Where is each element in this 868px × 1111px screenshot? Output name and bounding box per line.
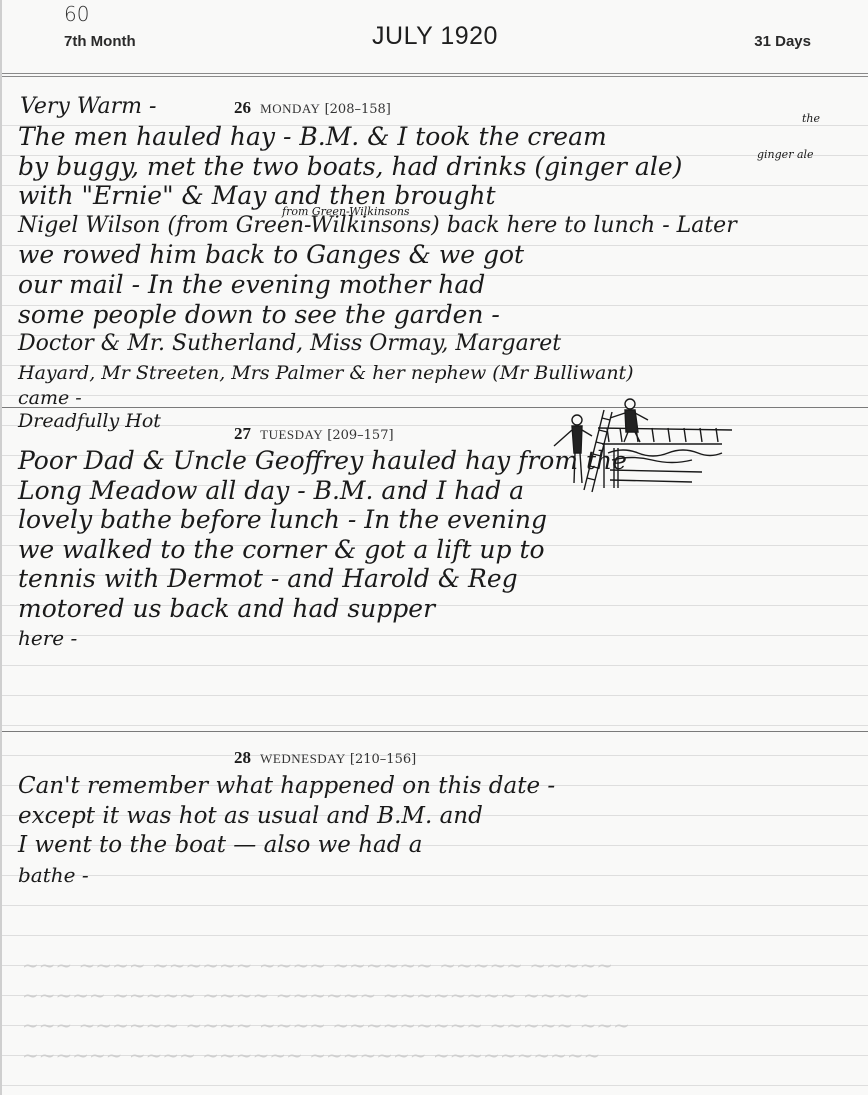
text-line: I went to the boat — also we had a [18, 831, 854, 861]
text-line: Long Meadow all day - B.M. and I had a [18, 476, 854, 506]
text-line: Doctor & Mr. Sutherland, Miss Ormay, Mar… [18, 329, 854, 359]
text-line: The men hauled hay - B.M. & I took the c… [18, 122, 854, 152]
day-number: 27 [234, 424, 251, 443]
day-heading: 28 WEDNESDAY [210–156] [234, 748, 416, 768]
day-count: [208–158] [325, 102, 391, 117]
text-line: with "Ernie" & May and then brought [18, 181, 854, 211]
text-line: lovely bathe before lunch - In the eveni… [18, 505, 854, 535]
weather-note: Dreadfully Hot [18, 410, 161, 432]
text-line: motored us back and had supper [18, 594, 854, 624]
bleed-through-texture: ~~~ ~~~~ ~~~~~~ ~~~~ ~~~~~~ ~~~~~ ~~~~~ … [22, 950, 848, 1070]
header-divider [2, 73, 868, 74]
text-line: some people down to see the garden - [18, 300, 854, 330]
weekday: TUESDAY [260, 427, 323, 442]
text-line: Can't remember what happened on this dat… [18, 772, 854, 802]
weekday: MONDAY [260, 101, 320, 116]
text-line: bathe - [18, 861, 854, 891]
entry-text: Can't remember what happened on this dat… [18, 772, 854, 890]
weather-note: Very Warm - [20, 94, 156, 119]
day-heading: 27 TUESDAY [209–157] [234, 424, 394, 444]
text-line: Hayard, Mr Streeten, Mrs Palmer & her ne… [18, 359, 854, 389]
day-count: [209–157] [327, 428, 393, 443]
entry-text: The men hauled hay - B.M. & I took the c… [18, 122, 854, 408]
days-label: 31 Days [754, 33, 811, 50]
text-line: we rowed him back to Ganges & we got [18, 240, 854, 270]
entry-text: Poor Dad & Uncle Geoffrey hauled hay fro… [18, 446, 854, 653]
header-divider [2, 76, 868, 77]
weekday: WEDNESDAY [260, 751, 346, 766]
page-title: JULY 1920 [2, 22, 868, 51]
text-line: here - [18, 624, 854, 654]
text-line: Nigel Wilson (from Green-Wilkinsons) bac… [18, 211, 854, 241]
text-line: our mail - In the evening mother had [18, 270, 854, 300]
day-number: 26 [234, 98, 251, 117]
text-line: tennis with Dermot - and Harold & Reg [18, 564, 854, 594]
text-line: by buggy, met the two boats, had drinks … [18, 152, 854, 182]
day-divider [2, 731, 868, 732]
diary-page: 60 7th Month JULY 1920 31 Days Very Warm… [0, 0, 868, 1095]
text-line: Poor Dad & Uncle Geoffrey hauled hay fro… [18, 446, 854, 476]
day-number: 28 [234, 748, 251, 767]
text-line: except it was hot as usual and B.M. and [18, 802, 854, 832]
text-line: we walked to the corner & got a lift up … [18, 535, 854, 565]
day-count: [210–156] [350, 752, 416, 767]
day-heading: 26 MONDAY [208–158] [234, 98, 391, 118]
